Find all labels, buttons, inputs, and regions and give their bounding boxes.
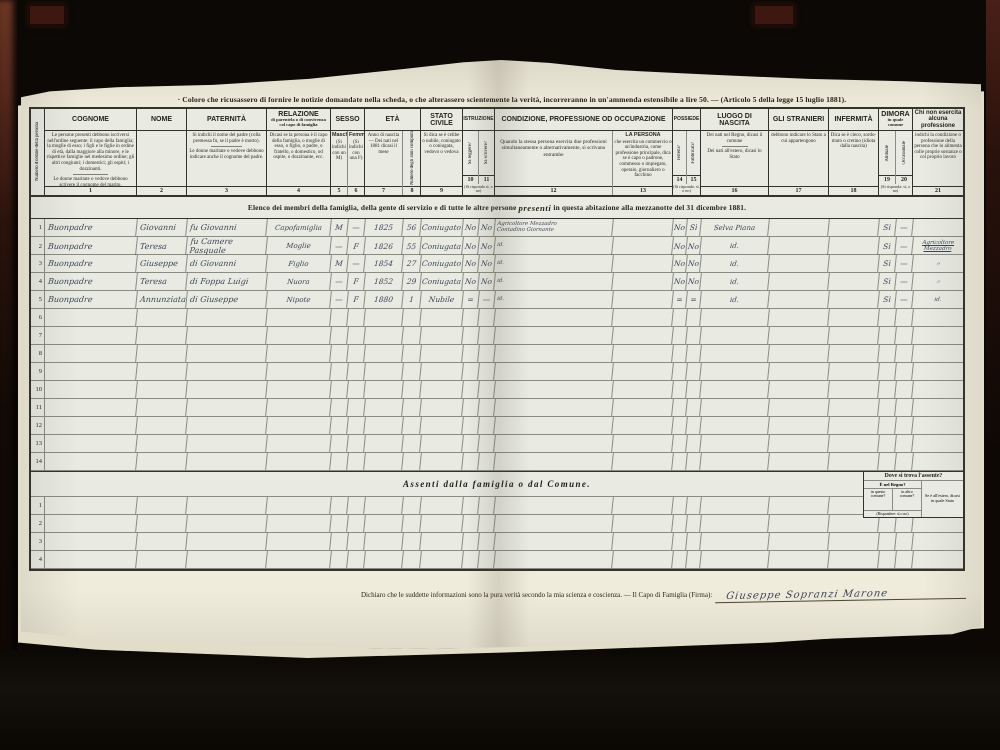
head-of-family-signature: Giuseppe Sopranzi Marone bbox=[715, 587, 968, 603]
entry-cell bbox=[612, 363, 674, 380]
entry-cell bbox=[828, 533, 880, 550]
entry-cell bbox=[768, 273, 830, 290]
entry-cell bbox=[364, 497, 404, 514]
entry-cell bbox=[330, 515, 349, 532]
entry-cell bbox=[186, 309, 268, 326]
entry-cell bbox=[912, 345, 964, 362]
possiede-terreni: Terreni? 14 bbox=[673, 131, 687, 184]
entry-cell: — bbox=[895, 291, 914, 308]
entry-cell bbox=[420, 515, 464, 532]
entry-cell bbox=[612, 291, 674, 308]
col-number-18: 18 bbox=[829, 186, 878, 195]
entry-cell bbox=[612, 551, 674, 568]
dove-altro-comune: in altro comune? bbox=[893, 489, 921, 510]
entry-cell bbox=[402, 363, 422, 380]
col-numero-header: Numero d'ordine della persona bbox=[31, 109, 45, 195]
entry-cell bbox=[494, 497, 614, 514]
col-number-4: 4 bbox=[267, 186, 330, 195]
entry-cell: fu Camere Pasquale bbox=[186, 237, 268, 255]
table-row: 4BuonpadreTeresadi Foppa LuigiNuora—F185… bbox=[31, 273, 963, 291]
entry-cell bbox=[768, 417, 830, 434]
entry-cell bbox=[44, 417, 138, 434]
row-number: 14 bbox=[31, 453, 45, 470]
entry-cell bbox=[462, 363, 480, 380]
entry-cell bbox=[186, 453, 268, 470]
entry-cell bbox=[136, 497, 188, 514]
entry-cell bbox=[912, 363, 964, 380]
col-number-21: 21 bbox=[913, 186, 963, 195]
entry-cell: Buonpadre bbox=[44, 219, 138, 236]
assenti-band: Assenti dalla famiglia o dal Comune. Dov… bbox=[31, 471, 963, 497]
sesso-maschio: Maschio(Si indichi con un M) 5 bbox=[331, 131, 348, 195]
entry-cell: Nubile bbox=[420, 291, 464, 308]
entry-cell bbox=[186, 363, 268, 380]
entry-cell: 29 bbox=[402, 273, 422, 290]
entry-cell: Sì bbox=[878, 291, 897, 308]
entry-cell bbox=[347, 345, 366, 362]
entry-cell bbox=[347, 435, 366, 452]
entry-cell bbox=[478, 309, 496, 326]
entry-cell bbox=[266, 435, 332, 452]
entry-cell: di Giuseppe bbox=[186, 291, 268, 308]
entry-cell bbox=[364, 309, 404, 326]
entry-cell bbox=[494, 453, 614, 470]
table-row: 5BuonpadreAnnunziatadi GiuseppeNipote—F1… bbox=[31, 291, 963, 309]
entry-cell bbox=[895, 345, 914, 362]
row-number: 9 bbox=[31, 363, 45, 380]
paternita-desc2: Le donne maritate o vedove debbono indic… bbox=[189, 149, 263, 160]
entry-cell bbox=[768, 453, 830, 470]
entry-cell bbox=[895, 417, 914, 434]
entry-cell bbox=[768, 327, 830, 344]
entry-cell bbox=[494, 551, 614, 568]
col-number-7: 7 bbox=[365, 186, 402, 195]
entry-cell bbox=[330, 551, 349, 568]
entry-cell bbox=[478, 399, 496, 416]
entry-cell bbox=[768, 237, 830, 255]
entry-cell bbox=[330, 381, 349, 398]
entry-cell: No bbox=[462, 273, 480, 290]
entry-cell bbox=[186, 345, 268, 362]
entry-cell: Sì bbox=[878, 273, 897, 290]
entry-cell bbox=[768, 435, 830, 452]
col-number-8: 8 bbox=[403, 186, 421, 195]
entry-cell bbox=[364, 417, 404, 434]
col-number-10: 10 bbox=[463, 175, 478, 184]
infermita-desc: Dica se è cieco, sordo-muto o cretino (i… bbox=[829, 131, 878, 186]
entry-cell bbox=[494, 309, 614, 326]
stato-desc: Si dica se è celibe o nubile, coniugato … bbox=[421, 131, 462, 186]
census-sheet: · Coloro che ricusassero di fornire le n… bbox=[21, 57, 981, 649]
entry-cell bbox=[768, 515, 830, 532]
entry-cell bbox=[494, 345, 614, 362]
entry-cell bbox=[828, 345, 880, 362]
condizione-title: CONDIZIONE, PROFESSIONE OD OCCUPAZIONE bbox=[495, 109, 672, 131]
entry-cell: F bbox=[347, 291, 366, 308]
entry-cell: No bbox=[478, 255, 496, 272]
entry-cell bbox=[266, 399, 332, 416]
entry-cell bbox=[700, 327, 770, 344]
entry-cell bbox=[700, 515, 770, 532]
entry-cell bbox=[347, 363, 366, 380]
entry-cell bbox=[186, 497, 268, 514]
col-number-6: 6 bbox=[348, 186, 364, 195]
entry-cell bbox=[347, 417, 366, 434]
entry-cell bbox=[347, 453, 366, 470]
entry-cell: id. bbox=[700, 255, 770, 272]
possiede-fabbricati: Fabbricati? 15 bbox=[687, 131, 700, 184]
entry-cell bbox=[828, 381, 880, 398]
entry-cell: Teresa bbox=[136, 237, 188, 255]
entry-cell bbox=[828, 435, 880, 452]
col-infermita-header: INFERMITÀ Dica se è cieco, sordo-muto o … bbox=[829, 109, 879, 195]
entry-cell bbox=[612, 381, 674, 398]
entry-cell bbox=[700, 381, 770, 398]
col-number-1: 1 bbox=[45, 186, 136, 195]
table-row: 6 bbox=[31, 309, 963, 327]
sesso-femmina: Femmina(Si indichi con una F) 6 bbox=[348, 131, 364, 195]
col-number-16: 16 bbox=[701, 186, 768, 195]
row-number: 11 bbox=[31, 399, 45, 416]
relazione-desc: Dicasi se la persona è il capo della fam… bbox=[267, 131, 330, 186]
entry-cell bbox=[895, 363, 914, 380]
entry-cell bbox=[266, 551, 332, 568]
elenco-post: in questa abitazione alla mezzanotte del… bbox=[553, 203, 746, 212]
entry-cell bbox=[266, 453, 332, 470]
entry-cell: Nipote bbox=[266, 291, 332, 308]
row-number: 4 bbox=[31, 273, 45, 290]
entry-cell bbox=[347, 327, 366, 344]
entry-cell: fu Giovanni bbox=[186, 219, 268, 236]
entry-cell bbox=[420, 399, 464, 416]
entry-cell bbox=[462, 327, 480, 344]
entry-cell: di Giovanni bbox=[186, 255, 268, 272]
entry-cell bbox=[612, 533, 674, 550]
entry-cell bbox=[912, 551, 964, 568]
entry-cell bbox=[266, 515, 332, 532]
entry-cell: F bbox=[347, 273, 366, 290]
entry-cell bbox=[330, 363, 349, 380]
entry-cell bbox=[878, 435, 897, 452]
entry-cell: id. bbox=[700, 273, 770, 290]
entry-cell bbox=[364, 551, 404, 568]
entry-cell bbox=[462, 533, 480, 550]
entry-cell bbox=[478, 515, 496, 532]
present-rows: 1BuonpadreGiovannifu GiovanniCapofamigli… bbox=[31, 219, 963, 471]
entry-cell bbox=[364, 435, 404, 452]
entry-cell bbox=[186, 399, 268, 416]
entry-cell: No bbox=[478, 273, 496, 290]
relazione-subtitle: di parentela o di convivenza col capo di… bbox=[268, 118, 329, 128]
istruzione-title: ISTRUZIONE bbox=[463, 109, 494, 131]
entry-cell: Coniugata bbox=[420, 237, 464, 255]
book-clasp-left bbox=[28, 4, 66, 26]
entry-cell bbox=[912, 399, 964, 416]
entry-cell bbox=[828, 327, 880, 344]
possiede-title: POSSIEDE bbox=[673, 109, 700, 131]
entry-cell: Giuseppe bbox=[136, 255, 188, 272]
entry-cell: 1852 bbox=[364, 273, 404, 290]
entry-cell bbox=[402, 345, 422, 362]
entry-cell bbox=[330, 453, 349, 470]
entry-cell: M bbox=[330, 219, 349, 236]
table-header: Numero d'ordine della persona COGNOME Le… bbox=[31, 109, 963, 197]
row-number: 2 bbox=[31, 515, 45, 532]
stranieri-title: GLI STRANIERI bbox=[769, 109, 828, 131]
eta-anni: Numero degli anni compiuti 8 bbox=[403, 131, 421, 195]
row-number: 6 bbox=[31, 309, 45, 326]
entry-cell bbox=[912, 309, 964, 326]
entry-cell bbox=[912, 417, 964, 434]
entry-cell: 56 bbox=[402, 219, 422, 236]
col-number-19: 19 bbox=[879, 175, 895, 184]
entry-cell bbox=[462, 309, 480, 326]
istruzione-legge: Sa leggere? 10 bbox=[463, 131, 479, 184]
entry-cell bbox=[462, 515, 480, 532]
entry-cell: — bbox=[330, 237, 349, 255]
cognome-desc: Le persone presenti debbono iscriversi n… bbox=[47, 133, 135, 172]
entry-cell bbox=[478, 381, 496, 398]
entry-cell bbox=[768, 551, 830, 568]
dimora-occasionale: Occasionale 20 bbox=[896, 131, 912, 184]
infermita-title: INFERMITÀ bbox=[829, 109, 878, 131]
entry-cell bbox=[612, 219, 674, 236]
entry-cell bbox=[402, 327, 422, 344]
table-row: 2BuonpadreTeresafu Camere PasqualeMoglie… bbox=[31, 237, 963, 255]
declaration-text: Dichiaro che le suddette informazioni so… bbox=[361, 591, 712, 599]
entry-cell bbox=[895, 399, 914, 416]
col-stranieri-header: GLI STRANIERI debbono indicare lo Stato … bbox=[769, 109, 829, 195]
entry-cell bbox=[494, 381, 614, 398]
entry-cell bbox=[364, 363, 404, 380]
entry-cell: 27 bbox=[402, 255, 422, 272]
entry-cell bbox=[895, 309, 914, 326]
entry-cell bbox=[700, 399, 770, 416]
entry-cell bbox=[494, 533, 614, 550]
entry-cell bbox=[478, 417, 496, 434]
entry-cell bbox=[828, 453, 880, 470]
entry-cell bbox=[462, 399, 480, 416]
book-right-edge bbox=[986, 0, 1000, 750]
entry-cell bbox=[612, 309, 674, 326]
entry-cell bbox=[266, 533, 332, 550]
col-istruzione-header: ISTRUZIONE Sa leggere? 10 Sa scrivere? 1… bbox=[463, 109, 495, 195]
entry-cell bbox=[44, 381, 138, 398]
table-row: 14 bbox=[31, 453, 963, 471]
entry-cell bbox=[136, 345, 188, 362]
entry-cell bbox=[266, 417, 332, 434]
dimora-abituale: Abituale 19 bbox=[879, 131, 896, 184]
paternita-desc: Si indichi il nome del padre (colla prem… bbox=[192, 133, 260, 144]
col-number-15: 15 bbox=[687, 175, 700, 184]
dove-regno: È nel Regno? bbox=[864, 481, 921, 489]
dove-title: Dove si trova l'assente? bbox=[864, 472, 963, 481]
entry-cell: 1826 bbox=[364, 237, 404, 255]
entry-cell bbox=[878, 551, 897, 568]
entry-cell bbox=[364, 381, 404, 398]
entry-cell bbox=[478, 453, 496, 470]
entry-cell bbox=[478, 435, 496, 452]
chinon-desc: indichi la condizione o professione dell… bbox=[913, 131, 963, 186]
entry-cell bbox=[478, 551, 496, 568]
assenti-title: Assenti dalla famiglia o dal Comune. bbox=[31, 479, 963, 489]
chinon-title: Chi non esercita alcuna professione bbox=[913, 109, 963, 131]
entry-cell bbox=[768, 399, 830, 416]
entry-cell: = bbox=[462, 291, 480, 308]
entry-cell bbox=[266, 497, 332, 514]
entry-cell bbox=[136, 381, 188, 398]
stato-title: STATO CIVILE bbox=[421, 109, 462, 131]
entry-cell bbox=[44, 363, 138, 380]
entry-cell bbox=[44, 453, 138, 470]
entry-cell: id. bbox=[494, 237, 614, 255]
entry-cell bbox=[494, 363, 614, 380]
entry-cell bbox=[828, 551, 880, 568]
entry-cell bbox=[878, 309, 897, 326]
entry-cell bbox=[612, 273, 674, 290]
entry-cell bbox=[612, 515, 674, 532]
entry-cell: No bbox=[462, 219, 480, 236]
istruzione-note: (Si risponda sì, o no) bbox=[463, 184, 494, 195]
entry-cell bbox=[462, 453, 480, 470]
table-row: 1BuonpadreGiovannifu GiovanniCapofamigli… bbox=[31, 219, 963, 237]
entry-cell bbox=[494, 399, 614, 416]
entry-cell bbox=[136, 417, 188, 434]
entry-cell bbox=[347, 533, 366, 550]
col-number-11: 11 bbox=[479, 175, 494, 184]
entry-cell bbox=[700, 417, 770, 434]
row-number: 2 bbox=[31, 237, 45, 255]
entry-cell bbox=[912, 435, 964, 452]
entry-cell bbox=[462, 435, 480, 452]
col-number-20: 20 bbox=[896, 175, 912, 184]
entry-cell: Sì bbox=[878, 237, 897, 255]
entry-cell: Buonpadre bbox=[44, 273, 138, 290]
entry-cell: 1 bbox=[402, 291, 422, 308]
entry-cell bbox=[402, 381, 422, 398]
entry-cell bbox=[136, 309, 188, 326]
entry-cell bbox=[912, 219, 964, 236]
entry-cell bbox=[828, 417, 880, 434]
entry-cell bbox=[186, 327, 268, 344]
entry-cell bbox=[878, 345, 897, 362]
entry-cell bbox=[420, 551, 464, 568]
entry-cell bbox=[364, 345, 404, 362]
stranieri-desc: debbono indicare lo Stato a cui apparten… bbox=[769, 131, 828, 186]
entry-cell bbox=[462, 345, 480, 362]
entry-cell bbox=[44, 309, 138, 326]
entry-cell bbox=[878, 453, 897, 470]
entry-cell bbox=[828, 399, 880, 416]
entry-cell: — bbox=[347, 219, 366, 236]
entry-cell bbox=[420, 435, 464, 452]
entry-cell bbox=[402, 551, 422, 568]
entry-cell bbox=[700, 551, 770, 568]
col-sesso-header: SESSO Maschio(Si indichi con un M) 5 Fem… bbox=[331, 109, 365, 195]
entry-cell: — bbox=[895, 255, 914, 272]
entry-cell bbox=[768, 219, 830, 236]
entry-cell bbox=[478, 327, 496, 344]
row-number: 12 bbox=[31, 417, 45, 434]
entry-cell bbox=[44, 327, 138, 344]
entry-cell bbox=[878, 327, 897, 344]
entry-cell bbox=[828, 309, 880, 326]
col-chi-non-esercita-header: Chi non esercita alcuna professione indi… bbox=[913, 109, 963, 195]
entry-cell: Coniugato bbox=[420, 219, 464, 236]
entry-cell bbox=[912, 327, 964, 344]
entry-cell bbox=[186, 435, 268, 452]
entry-cell bbox=[878, 399, 897, 416]
entry-cell bbox=[347, 515, 366, 532]
entry-cell bbox=[186, 533, 268, 550]
entry-cell bbox=[700, 533, 770, 550]
census-table: Numero d'ordine della persona COGNOME Le… bbox=[29, 107, 965, 571]
entry-cell bbox=[912, 381, 964, 398]
entry-cell bbox=[462, 417, 480, 434]
entry-cell bbox=[700, 309, 770, 326]
col-eta-header: ETÀ Anno di nascita — Dei nati nel 1881 … bbox=[365, 109, 421, 195]
entry-cell bbox=[330, 435, 349, 452]
entry-cell bbox=[186, 515, 268, 532]
entry-cell: 〃 bbox=[912, 273, 964, 290]
row-number: 8 bbox=[31, 345, 45, 362]
entry-cell bbox=[136, 399, 188, 416]
entry-cell bbox=[44, 533, 138, 550]
entry-cell bbox=[494, 515, 614, 532]
entry-cell bbox=[462, 497, 480, 514]
entry-cell: — bbox=[330, 273, 349, 290]
entry-cell bbox=[330, 497, 349, 514]
entry-cell bbox=[700, 435, 770, 452]
entry-cell bbox=[462, 551, 480, 568]
entry-cell bbox=[420, 453, 464, 470]
entry-cell bbox=[828, 219, 880, 236]
entry-cell bbox=[828, 363, 880, 380]
entry-cell bbox=[420, 381, 464, 398]
paternita-title: PATERNITÀ bbox=[187, 109, 266, 131]
entry-cell bbox=[828, 291, 880, 308]
entry-cell bbox=[612, 345, 674, 362]
entry-cell bbox=[612, 453, 674, 470]
entry-cell bbox=[878, 363, 897, 380]
entry-cell bbox=[136, 453, 188, 470]
entry-cell bbox=[364, 327, 404, 344]
penalty-warning-text: · Coloro che ricusassero di fornire le n… bbox=[61, 95, 963, 104]
entry-cell bbox=[478, 345, 496, 362]
entry-cell bbox=[420, 533, 464, 550]
row-number: 1 bbox=[31, 219, 45, 236]
entry-cell: Coniugato bbox=[420, 255, 464, 272]
entry-cell bbox=[895, 327, 914, 344]
entry-cell bbox=[878, 417, 897, 434]
entry-cell bbox=[136, 533, 188, 550]
entry-cell bbox=[768, 363, 830, 380]
table-row: 3 bbox=[31, 533, 963, 551]
eta-title: ETÀ bbox=[365, 109, 420, 131]
entry-cell bbox=[895, 533, 914, 550]
entry-cell bbox=[420, 363, 464, 380]
entry-cell bbox=[347, 309, 366, 326]
entry-cell bbox=[420, 327, 464, 344]
entry-cell: Selva Piana bbox=[700, 219, 770, 236]
entry-cell: 1854 bbox=[364, 255, 404, 272]
entry-cell bbox=[402, 515, 422, 532]
entry-cell bbox=[462, 381, 480, 398]
entry-cell: Buonpadre bbox=[44, 237, 138, 255]
entry-cell bbox=[895, 435, 914, 452]
entry-cell: 55 bbox=[402, 237, 422, 255]
entry-cell bbox=[612, 435, 674, 452]
